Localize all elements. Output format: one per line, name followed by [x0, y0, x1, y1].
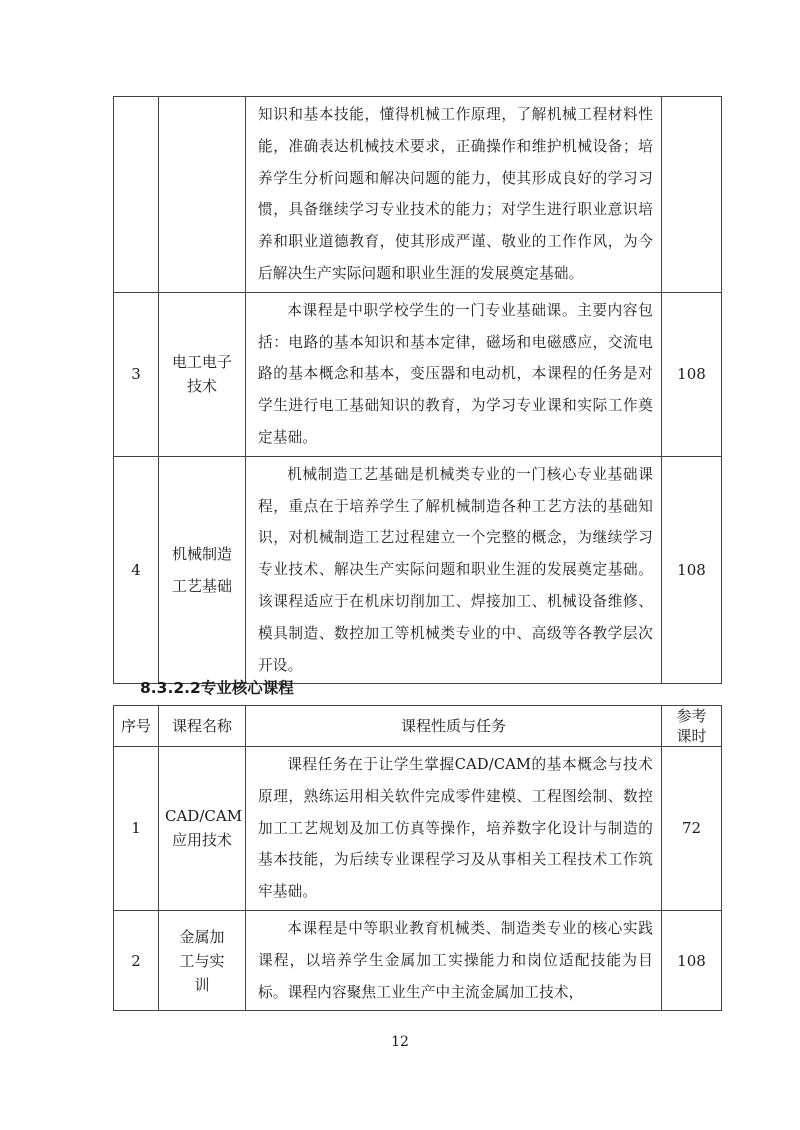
row-number: [114, 97, 159, 293]
course-name: CAD/CAM应用技术: [159, 747, 246, 911]
course-hours: [662, 97, 722, 293]
foundation-course-table: 知识和基本技能，懂得机械工作原理，了解机械工程材料性能，准确表达机械技术要求，正…: [113, 96, 722, 684]
table-header-row: 序号 课程名称 课程性质与任务 参考课时: [114, 706, 722, 747]
course-name: 金属加工与实训: [159, 910, 246, 1010]
header-number: 序号: [114, 706, 159, 747]
row-number: 3: [114, 292, 159, 456]
header-description: 课程性质与任务: [246, 706, 662, 747]
course-hours: 72: [662, 747, 722, 911]
document-page: 知识和基本技能，懂得机械工作原理，了解机械工程材料性能，准确表达机械技术要求，正…: [0, 0, 800, 1130]
page-number: 12: [0, 1034, 800, 1050]
course-name: 机械制造工艺基础: [159, 456, 246, 684]
table-row: 1 CAD/CAM应用技术 课程任务在于让学生掌握CAD/CAM的基本概念与技术…: [114, 747, 722, 911]
row-number: 1: [114, 747, 159, 911]
course-description: 知识和基本技能，懂得机械工作原理，了解机械工程材料性能，准确表达机械技术要求，正…: [246, 97, 662, 293]
row-number: 2: [114, 910, 159, 1010]
section-heading: 8.3.2.2专业核心课程: [140, 676, 294, 698]
course-name: [159, 97, 246, 293]
course-description: 本课程是中等职业教育机械类、制造类专业的核心实践课程，以培养学生金属加工实操能力…: [246, 910, 662, 1010]
table-row: 4 机械制造工艺基础 机械制造工艺基础是机械类专业的一门核心专业基础课程，重点在…: [114, 456, 722, 684]
core-course-table: 序号 课程名称 课程性质与任务 参考课时 1 CAD/CAM应用技术 课程任务在…: [113, 705, 722, 1011]
course-hours: 108: [662, 456, 722, 684]
header-course-name: 课程名称: [159, 706, 246, 747]
table-row: 2 金属加工与实训 本课程是中等职业教育机械类、制造类专业的核心实践课程，以培养…: [114, 910, 722, 1010]
course-hours: 108: [662, 910, 722, 1010]
course-description: 机械制造工艺基础是机械类专业的一门核心专业基础课程，重点在于培养学生了解机械制造…: [246, 456, 662, 684]
course-name: 电工电子技术: [159, 292, 246, 456]
table-row: 知识和基本技能，懂得机械工作原理，了解机械工程材料性能，准确表达机械技术要求，正…: [114, 97, 722, 293]
header-hours: 参考课时: [662, 706, 722, 747]
table-row: 3 电工电子技术 本课程是中职学校学生的一门专业基础课。主要内容包括：电路的基本…: [114, 292, 722, 456]
course-hours: 108: [662, 292, 722, 456]
row-number: 4: [114, 456, 159, 684]
course-description: 本课程是中职学校学生的一门专业基础课。主要内容包括：电路的基本知识和基本定律，磁…: [246, 292, 662, 456]
course-description: 课程任务在于让学生掌握CAD/CAM的基本概念与技术原理，熟练运用相关软件完成零…: [246, 747, 662, 911]
